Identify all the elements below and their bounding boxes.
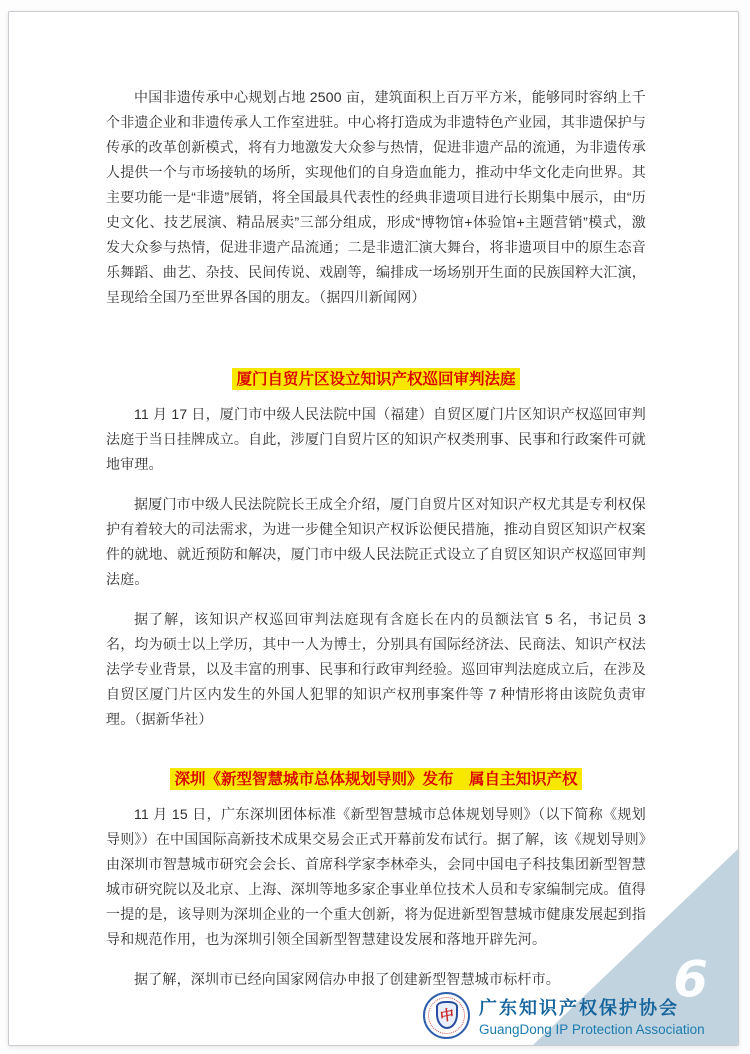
emblem-glyph: 中 [439, 1004, 455, 1027]
organization-name-english: GuangDong IP Protection Association [479, 1022, 705, 1037]
organization-name-block: 广东知识产权保护协会 GuangDong IP Protection Assoc… [479, 994, 705, 1037]
heading-highlight: 厦门自贸片区设立知识产权巡回审判法庭 [232, 368, 519, 390]
paragraph-xiamen-1: 11 月 17 日，厦门市中级人民法院中国（福建）自贸区厦门片区知识产权巡回审判… [106, 402, 646, 477]
paragraph-shenzhen-1: 11 月 15 日，广东深圳团体标准《新型智慧城市总体规划导则》（以下简称《规划… [106, 802, 646, 952]
document-page: 6 中国非遗传承中心规划占地 2500 亩，建筑面积上百万平方米，能够同时容纳上… [8, 11, 739, 1046]
paragraph-xiamen-2: 据厦门市中级人民法院院长王成全介绍，厦门自贸片区对知识产权尤其是专利权保护有着较… [106, 492, 646, 592]
paragraph-xiamen-3: 据了解，该知识产权巡回审判法庭现有含庭长在内的员额法官 5 名，书记员 3 名，… [106, 607, 646, 732]
footer: 中 广东知识产权保护协会 GuangDong IP Protection Ass… [423, 988, 705, 1042]
document-canvas: 6 中国非遗传承中心规划占地 2500 亩，建筑面积上百万平方米，能够同时容纳上… [0, 0, 750, 1054]
association-emblem-icon: 中 [423, 992, 470, 1039]
article-heading-xiamen: 厦门自贸片区设立知识产权巡回审判法庭 [106, 370, 646, 389]
page-content: 中国非遗传承中心规划占地 2500 亩，建筑面积上百万平方米，能够同时容纳上千个… [106, 85, 646, 1007]
article-heading-shenzhen: 深圳《新型智慧城市总体规划导则》发布 属自主知识产权 [106, 770, 646, 789]
organization-name-chinese: 广东知识产权保护协会 [479, 994, 705, 1020]
heading-highlight: 深圳《新型智慧城市总体规划导则》发布 属自主知识产权 [170, 768, 581, 790]
paragraph-nonheritage-center: 中国非遗传承中心规划占地 2500 亩，建筑面积上百万平方米，能够同时容纳上千个… [106, 85, 646, 310]
